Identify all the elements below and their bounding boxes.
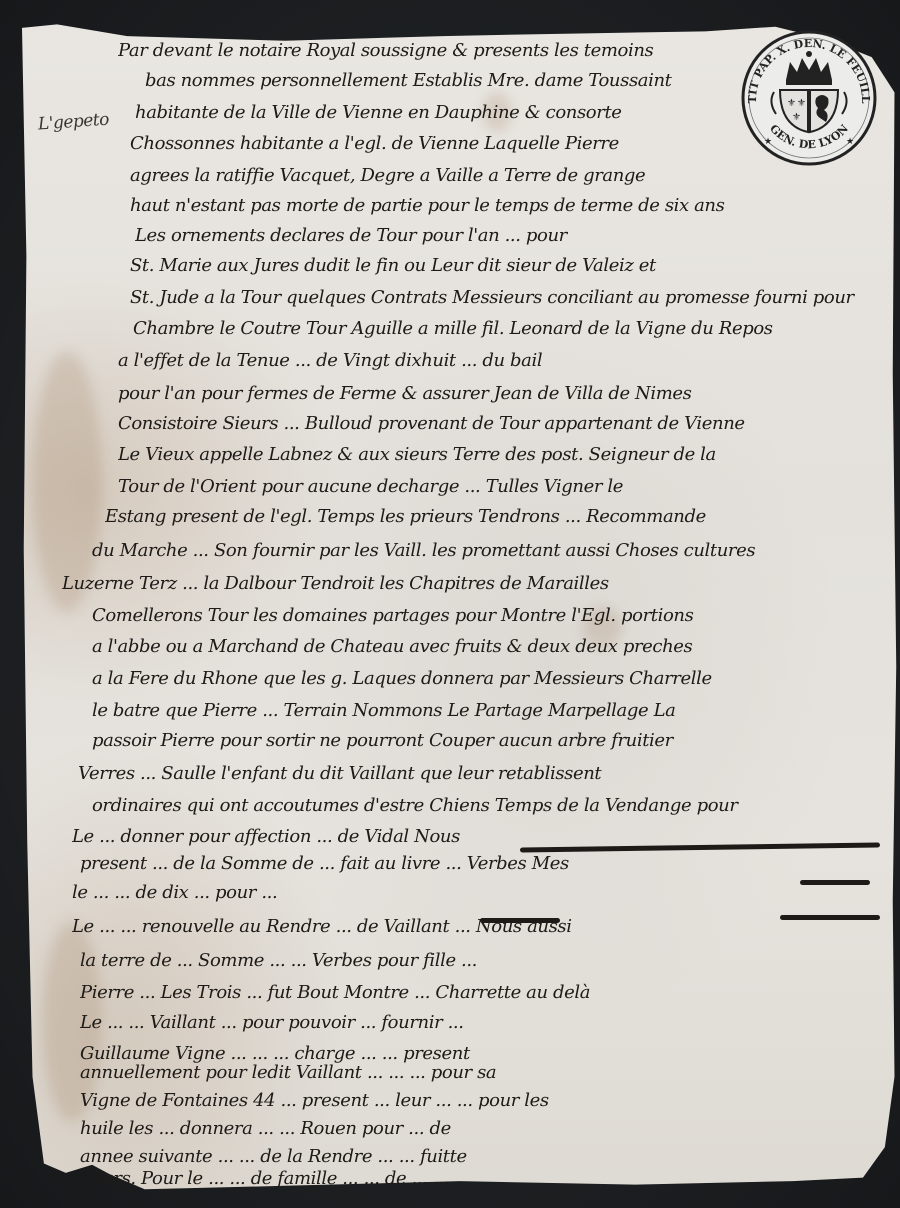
manuscript-line: annuellement pour ledit Vaillant ... ...… bbox=[80, 1062, 880, 1083]
manuscript-line: Estang present de l'egl. Temps les prieu… bbox=[105, 506, 883, 527]
manuscript-line: pour l'an pour fermes de Ferme & assurer… bbox=[118, 383, 886, 404]
manuscript-line: St. Marie aux Jures dudit le fin ou Leur… bbox=[130, 255, 880, 276]
manuscript-line: du Marche ... Son fournir par les Vaill.… bbox=[92, 540, 882, 561]
manuscript-line: Le ... ... renouvelle au Rendre ... de V… bbox=[72, 916, 882, 937]
manuscript-line: agrees la ratiffie Vacquet, Degre a Vail… bbox=[130, 165, 780, 186]
manuscript-line: la terre de ... Somme ... ... Verbes pou… bbox=[80, 950, 880, 971]
manuscript-line: Mars. Pour le ... ... de famille ... ...… bbox=[85, 1168, 865, 1189]
manuscript-line: Luzerne Terz ... la Dalbour Tendroit les… bbox=[62, 573, 882, 594]
manuscript-line: le batre que Pierre ... Terrain Nommons … bbox=[92, 700, 882, 721]
manuscript-line: Les ornements declares de Tour pour l'an… bbox=[135, 225, 875, 246]
strikethrough-mark bbox=[480, 918, 560, 923]
manuscript-line: Tour de l'Orient pour aucune decharge ..… bbox=[118, 476, 883, 497]
manuscript-line: Chambre le Coutre Tour Aguille a mille f… bbox=[133, 318, 885, 339]
strikethrough-mark bbox=[780, 915, 880, 920]
manuscript-line: Pierre ... Les Trois ... fut Bout Montre… bbox=[80, 982, 880, 1003]
strikethrough-mark bbox=[800, 880, 870, 885]
manuscript-line: annee suivante ... ... de la Rendre ... … bbox=[80, 1146, 880, 1167]
manuscript-line: a l'effet de la Tenue ... de Vingt dixhu… bbox=[118, 350, 883, 371]
manuscript-line: haut n'estant pas morte de partie pour l… bbox=[130, 195, 880, 216]
manuscript-text-body: Par devant le notaire Royal soussigne & … bbox=[0, 0, 900, 1208]
manuscript-line: passoir Pierre pour sortir ne pourront C… bbox=[92, 730, 882, 751]
manuscript-line: St. Jude a la Tour quelques Contrats Mes… bbox=[130, 287, 885, 308]
manuscript-line: Guillaume Vigne ... ... ... charge ... .… bbox=[80, 1043, 880, 1064]
manuscript-line: Comellerons Tour les domaines partages p… bbox=[92, 605, 882, 626]
manuscript-line: present ... de la Somme de ... fait au l… bbox=[80, 853, 880, 874]
manuscript-line: le ... ... de dix ... pour ... bbox=[72, 882, 882, 903]
manuscript-line: a l'abbe ou a Marchand de Chateau avec f… bbox=[92, 636, 882, 657]
manuscript-line: habitante de la Ville de Vienne en Dauph… bbox=[135, 102, 735, 123]
manuscript-line: Chossonnes habitante a l'egl. de Vienne … bbox=[130, 133, 740, 154]
manuscript-line: Consistoire Sieurs ... Bulloud provenant… bbox=[118, 413, 883, 434]
manuscript-line: bas nommes personnellement Establis Mre.… bbox=[145, 70, 755, 91]
manuscript-line: Vigne de Fontaines 44 ... present ... le… bbox=[80, 1090, 880, 1111]
manuscript-line: a la Fere du Rhone que les g. Laques don… bbox=[92, 668, 882, 689]
manuscript-line: Par devant le notaire Royal soussigne & … bbox=[118, 40, 758, 61]
manuscript-line: Le ... ... Vaillant ... pour pouvoir ...… bbox=[80, 1012, 880, 1033]
manuscript-line: Verres ... Saulle l'enfant du dit Vailla… bbox=[78, 763, 878, 784]
manuscript-line: Le Vieux appelle Labnez & aux sieurs Ter… bbox=[118, 444, 883, 465]
manuscript-line: ordinaires qui ont accoutumes d'estre Ch… bbox=[92, 795, 882, 816]
manuscript-line: huile les ... donnera ... ... Rouen pour… bbox=[80, 1118, 880, 1139]
